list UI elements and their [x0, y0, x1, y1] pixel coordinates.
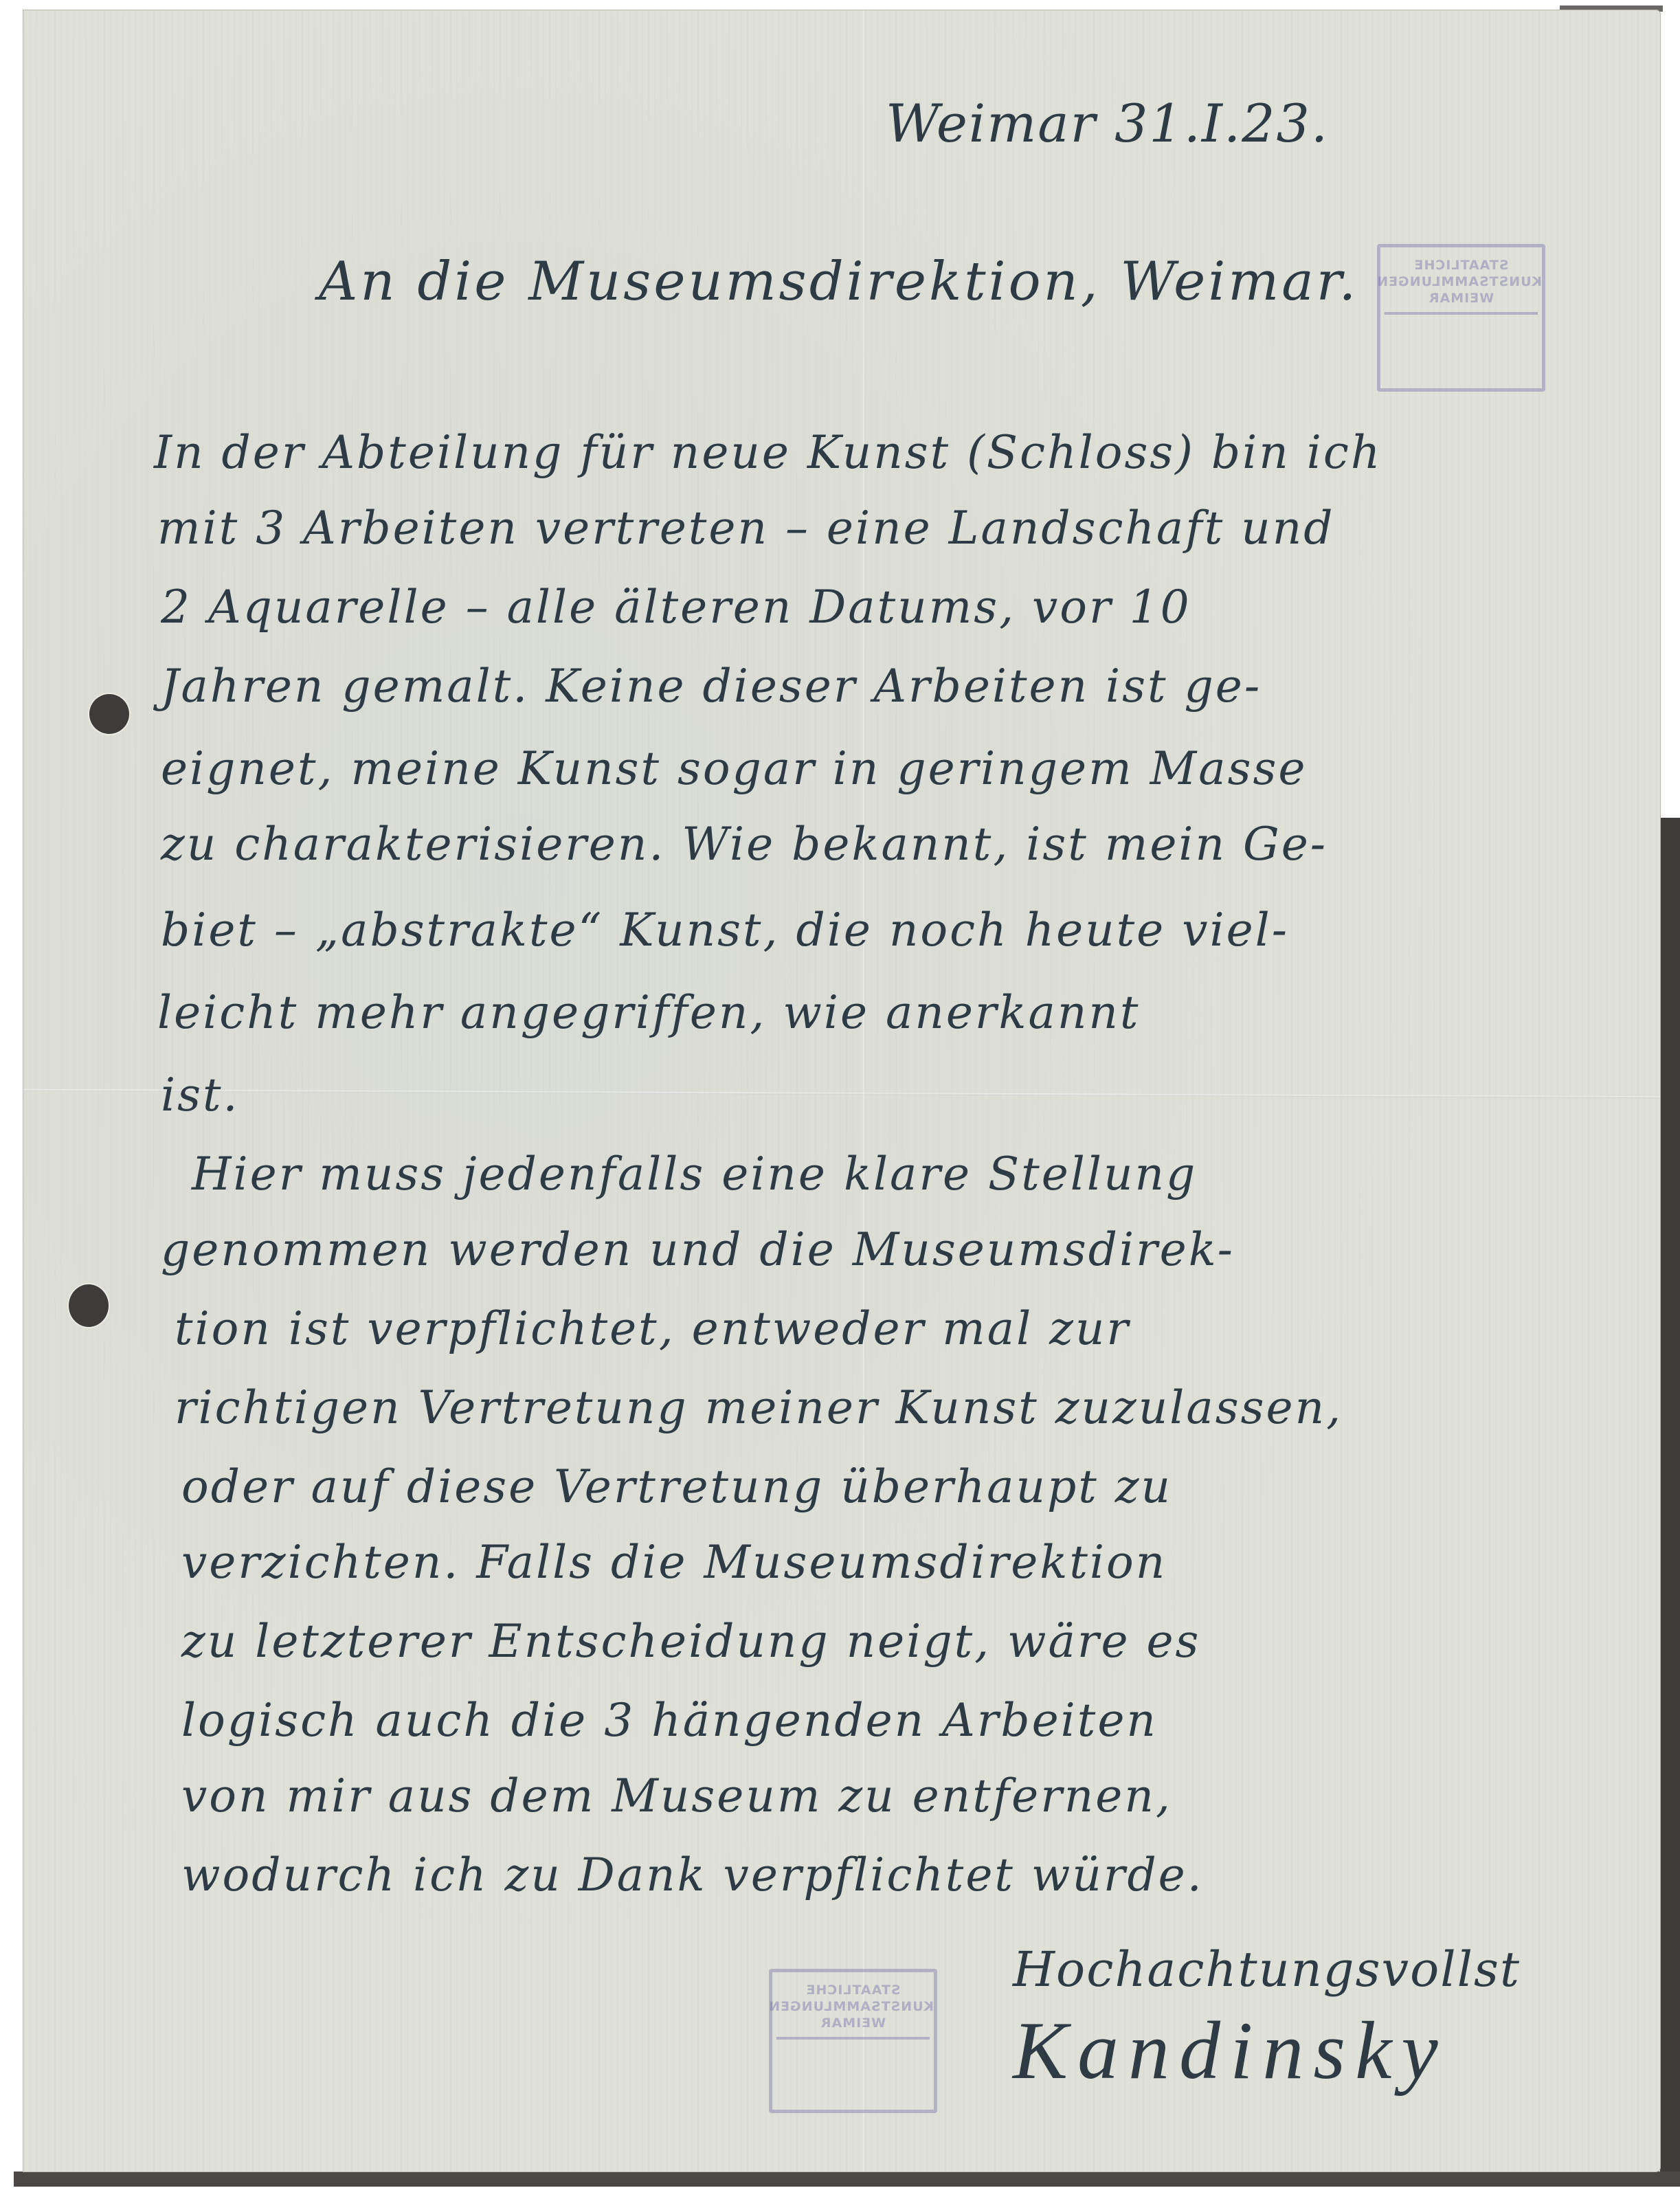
salutation: An die Museumsdirektion, Weimar. [319, 251, 1358, 313]
signature: Kandinsky [1013, 2003, 1448, 2098]
scan-backing-right [1660, 818, 1680, 2172]
archive-stamp-bottom: STAATLICHE KUNSTSAMMLUNGEN WEIMAR [769, 1969, 937, 2113]
body-line: richtigen Vertretung meiner Kunst zuzula… [175, 1381, 1343, 1434]
horizontal-fold [23, 1089, 1660, 1098]
stamp-line: WEIMAR [772, 2015, 934, 2031]
letter-page: STAATLICHE KUNSTSAMMLUNGEN WEIMAR STAATL… [23, 10, 1660, 2172]
dateline: Weimar 31.I.23. [886, 93, 1329, 154]
body-line: biet – „abstrakte“ Kunst, die noch heute… [161, 904, 1289, 957]
scan-backing-bottom [14, 2172, 1680, 2187]
stamp-line: KUNSTSAMMLUNGEN [772, 1998, 934, 2015]
stamp-line: STAATLICHE [772, 1982, 934, 1998]
stamp-line: WEIMAR [1380, 290, 1542, 306]
stamp-rule [1385, 312, 1538, 315]
body-line: zu letzterer Entscheidung neigt, wäre es [181, 1615, 1200, 1668]
body-line: eignet, meine Kunst sogar in geringem Ma… [161, 742, 1307, 795]
body-line: zu charakterisieren. Wie bekannt, ist me… [161, 818, 1328, 871]
stamp-line: STAATLICHE [1380, 257, 1542, 274]
body-line: verzichten. Falls die Museumsdirektion [181, 1536, 1167, 1589]
body-line: 2 Aquarelle – alle älteren Datums, vor 1… [161, 581, 1191, 634]
body-line: von mir aus dem Museum zu entfernen, [181, 1770, 1172, 1822]
body-line: ist. [161, 1069, 239, 1121]
stamp-line: KUNSTSAMMLUNGEN [1380, 274, 1542, 290]
body-line: genommen werden und die Museumsdirek- [161, 1223, 1235, 1276]
body-line: logisch auch die 3 hängenden Arbeiten [181, 1694, 1158, 1747]
punch-hole-top [89, 694, 129, 734]
body-line: wodurch ich zu Dank verpflichtet würde. [181, 1849, 1204, 1901]
stamp-rule [776, 2037, 930, 2040]
body-line: leicht mehr angegriffen, wie anerkannt [157, 986, 1140, 1039]
body-line: Hier muss jedenfalls eine klare Stellung [192, 1148, 1197, 1201]
body-line: oder auf diese Vertretung überhaupt zu [181, 1460, 1172, 1513]
archive-stamp-top: STAATLICHE KUNSTSAMMLUNGEN WEIMAR [1377, 244, 1545, 392]
body-line: mit 3 Arbeiten vertreten – eine Landscha… [157, 502, 1334, 555]
punch-hole-bottom [69, 1284, 109, 1327]
vertical-fold [863, 10, 864, 2172]
body-line: Jahren gemalt. Keine dieser Arbeiten ist… [161, 660, 1262, 713]
body-line: tion ist verpflichtet, entweder mal zur [175, 1302, 1130, 1355]
closing: Hochachtungsvollst [1013, 1941, 1521, 1998]
body-line: In der Abteilung für neue Kunst (Schloss… [154, 426, 1382, 479]
